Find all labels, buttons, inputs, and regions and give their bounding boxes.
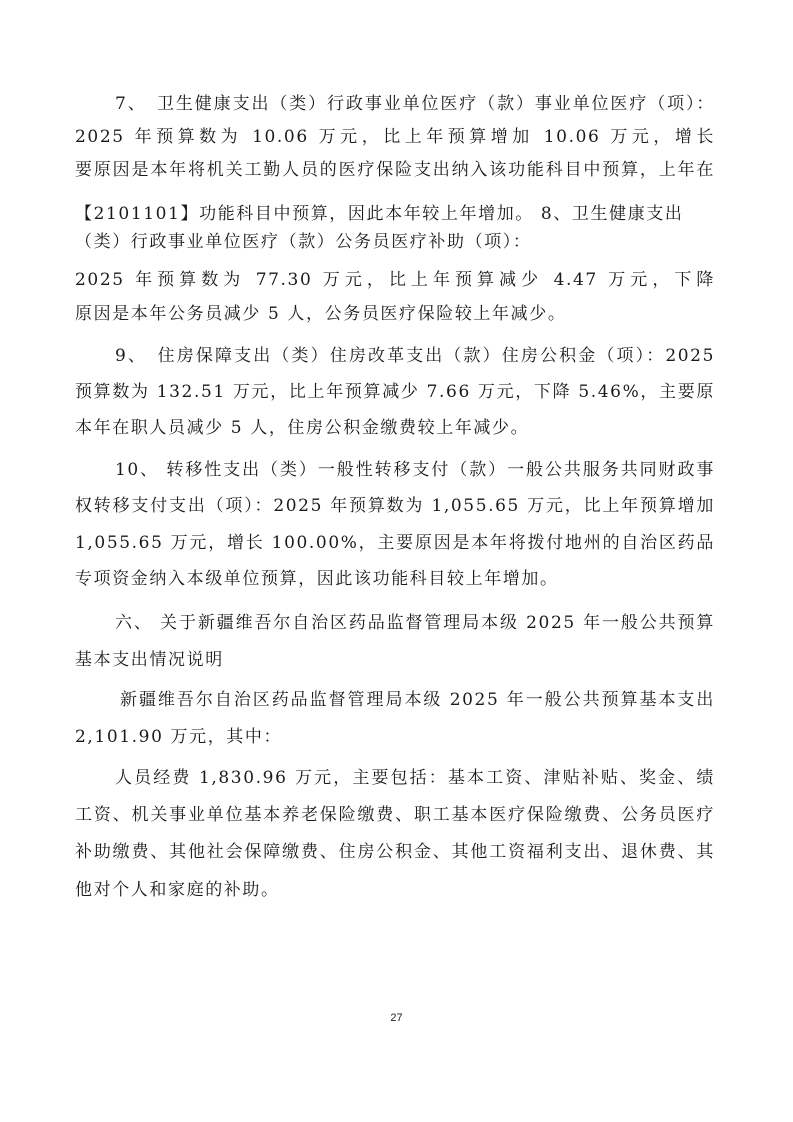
- item-8-heading-line: （类）行政事业单位医疗（款）公务员医疗补助（项）：: [75, 231, 715, 253]
- item-7-text-line: 2025 年预算数为 10.06 万元，比上年预算增加 10.06 万元，增长 …: [75, 126, 715, 148]
- basic-expenditure-text-line: 新疆维吾尔自治区药品监督管理局本级 2025 年一般公共预算基本支出: [120, 689, 715, 711]
- item-8-text-line: 2025 年预算数为 77.30 万元，比上年预算减少 4.47 万元，下降 5…: [75, 269, 715, 291]
- section-6-heading: 六、 关于新疆维吾尔自治区药品监督管理局本级 2025 年一般公共预算: [115, 612, 715, 634]
- personnel-expense-text-line: 他对个人和家庭的补助。: [75, 879, 715, 901]
- personnel-expense-text-line: 人员经费 1,830.96 万元，主要包括：基本工资、津贴补贴、奖金、绩效: [115, 767, 715, 789]
- personnel-expense-text-line: 工资、机关事业单位基本养老保险缴费、职工基本医疗保险缴费、公务员医疗: [75, 804, 715, 826]
- item-10-text-line: 专项资金纳入本级单位预算，因此该功能科目较上年增加。: [75, 568, 715, 590]
- personnel-expense-text-line: 补助缴费、其他社会保障缴费、住房公积金、其他工资福利支出、退休费、其: [75, 841, 715, 863]
- item-8-heading-line: 【2101101】功能科目中预算，因此本年较上年增加。 8、卫生健康支出: [75, 203, 715, 225]
- item-10-heading: 10、 转移性支出（类）一般性转移支付（款）一般公共服务共同财政事: [115, 459, 715, 481]
- item-8-text-line: 原因是本年公务员减少 5 人，公务员医疗保险较上年减少。: [75, 303, 715, 325]
- item-9-text-line: 本年在职人员减少 5 人，住房公积金缴费较上年减少。: [75, 417, 715, 439]
- item-9-heading: 9、 住房保障支出（类）住房改革支出（款）住房公积金（项）：2025 年: [115, 345, 715, 367]
- document-page: 7、 卫生健康支出（类）行政事业单位医疗（款）事业单位医疗（项）： 2025 年…: [0, 0, 793, 1122]
- basic-expenditure-text-line: 2,101.90 万元，其中：: [75, 726, 715, 748]
- item-7-heading: 7、 卫生健康支出（类）行政事业单位医疗（款）事业单位医疗（项）：: [115, 93, 715, 115]
- page-number: 27: [0, 1012, 793, 1024]
- section-6-heading-line: 基本支出情况说明: [75, 649, 715, 671]
- item-10-text-line: 权转移支付支出（项）：2025 年预算数为 1,055.65 万元，比上年预算增…: [75, 495, 715, 517]
- item-10-text-line: 1,055.65 万元，增长 100.00%，主要原因是本年将拨付地州的自治区药…: [75, 532, 715, 554]
- item-7-text-line: 要原因是本年将机关工勤人员的医疗保险支出纳入该功能科目中预算，上年在: [75, 159, 715, 181]
- item-9-text-line: 预算数为 132.51 万元，比上年预算减少 7.66 万元，下降 5.46%，…: [75, 381, 715, 403]
